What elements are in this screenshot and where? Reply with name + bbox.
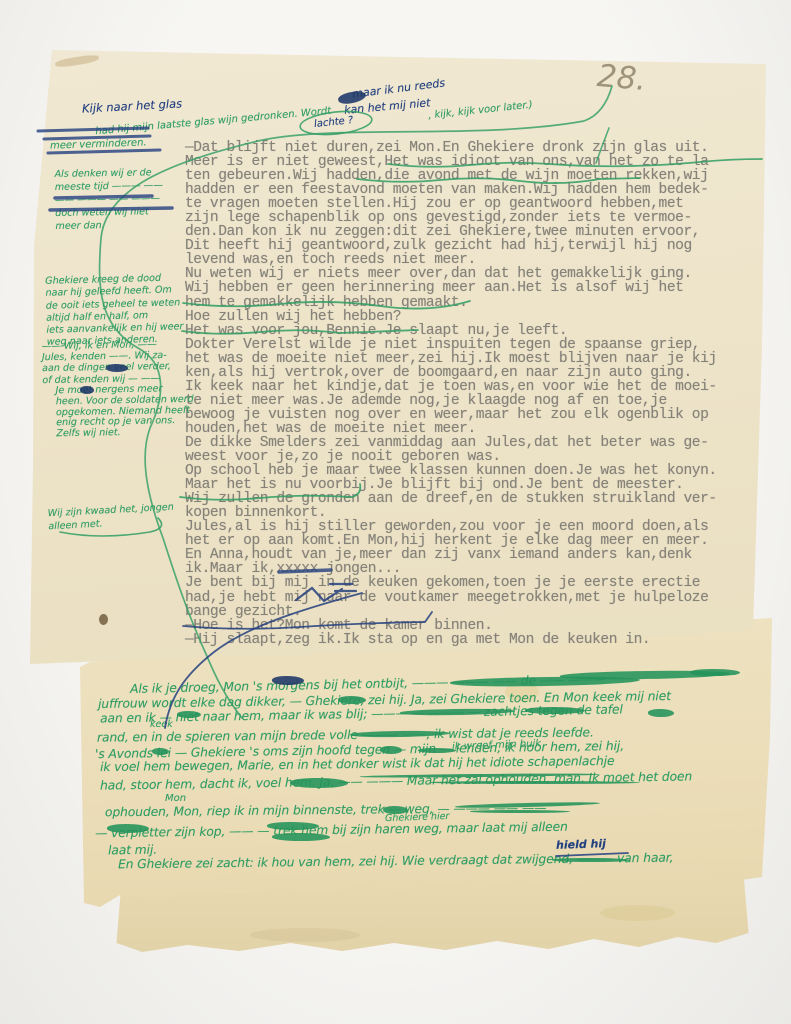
ink-scribble <box>152 748 169 755</box>
ink-scribble <box>106 364 128 372</box>
ink-scribble <box>383 806 408 814</box>
typed-line: Je bent bij mij in de keuken gekomen,toe… <box>185 576 760 590</box>
margin-note-line: meer dan. <box>55 218 163 233</box>
margin-note-2: Ghekiere kreeg de doodnaar hij geleefd h… <box>45 272 184 349</box>
page-number: 28. <box>596 58 648 98</box>
margin-note-1: Als denken wij er demeeste tijd ——— ————… <box>54 166 163 233</box>
ink-scribble <box>267 822 319 830</box>
margin-note-4: Je moet nergens meerheen. Voor de soldat… <box>56 384 195 440</box>
typed-line: te niet meer was.Je ademde nog,je klaagd… <box>185 394 760 408</box>
ink-scribble <box>430 781 640 784</box>
ink-scribble <box>690 669 740 676</box>
photo-of-manuscript-page: 28. —Dat blijft niet duren,zei Mon.En Gh… <box>0 0 791 1024</box>
ink-scribble <box>177 711 201 718</box>
ink-scribble <box>272 833 330 841</box>
typed-text-block: —Dat blijft niet duren,zei Mon.En Ghekie… <box>185 141 760 647</box>
ink-scribble <box>552 858 630 862</box>
insert-mon: Mon <box>165 793 186 804</box>
typed-line: —Hoe is het?Mon komt de kamer binnen. <box>185 619 760 633</box>
ink-scribble <box>648 709 674 717</box>
insert-keek: keek <box>150 719 173 730</box>
ink-scribble <box>338 696 366 704</box>
typed-line: Ik keek naar het kindje,dat je toen was,… <box>185 380 760 394</box>
ink-scribble <box>290 778 348 788</box>
ink-stain <box>99 614 108 625</box>
typed-line: ken,als hij vertrok,over de boomgaard,en… <box>185 366 760 380</box>
margin-note-3: —— Wij, ik en Mon, ——Jules, kenden ——. W… <box>42 339 171 386</box>
typed-line: Wij hebben er geen herinnering meer aan.… <box>185 281 760 295</box>
typed-line: het was de moeite niet meer,zei hij.Ik m… <box>185 352 760 366</box>
ink-scribble <box>380 746 402 754</box>
typed-line: weest voor je,zo je nooit geboren was. <box>185 450 760 464</box>
ink-scribble <box>80 386 94 394</box>
handwritten-paper-sheet <box>80 615 772 917</box>
typed-line: Hoe zullen wij het hebben? <box>185 310 760 324</box>
typed-line: Het was voor jou,Bennie.Je slaapt nu,je … <box>185 324 760 338</box>
yellow-stain <box>600 905 675 921</box>
ink-scribble <box>470 810 570 813</box>
typed-line: had,je hebt mij naar de voutkamer meeget… <box>185 591 760 605</box>
ink-scribble <box>272 676 304 685</box>
margin-note-line: doch weten wij niet <box>55 205 163 220</box>
typed-line: —Hij slaapt,zeg ik.Ik sta op en ga met M… <box>185 633 760 647</box>
ink-scribble <box>525 707 585 714</box>
typed-line: Meer is er niet geweest,Het was idioot v… <box>185 155 760 169</box>
typed-line: hem te gemakkelijk hebben gemaakt. <box>185 296 760 310</box>
typed-line: —Dat blijft niet duren,zei Mon.En Ghekie… <box>185 141 760 155</box>
insert-hield-hij: hield hij <box>556 837 606 852</box>
typed-line: De dikke Smelders zei vanmiddag aan Jule… <box>185 436 760 450</box>
typed-line: houden,het was de moeite niet meer. <box>185 422 760 436</box>
ink-scribble <box>107 824 149 833</box>
typed-line: Dokter Verelst wilde je niet inspuiten t… <box>185 338 760 352</box>
typed-line: bewoog je vuisten nog over en weer,maar … <box>185 408 760 422</box>
smudge-stain <box>250 928 360 942</box>
ink-scribble <box>418 748 456 753</box>
typed-line: bange gezicht. <box>185 605 760 619</box>
